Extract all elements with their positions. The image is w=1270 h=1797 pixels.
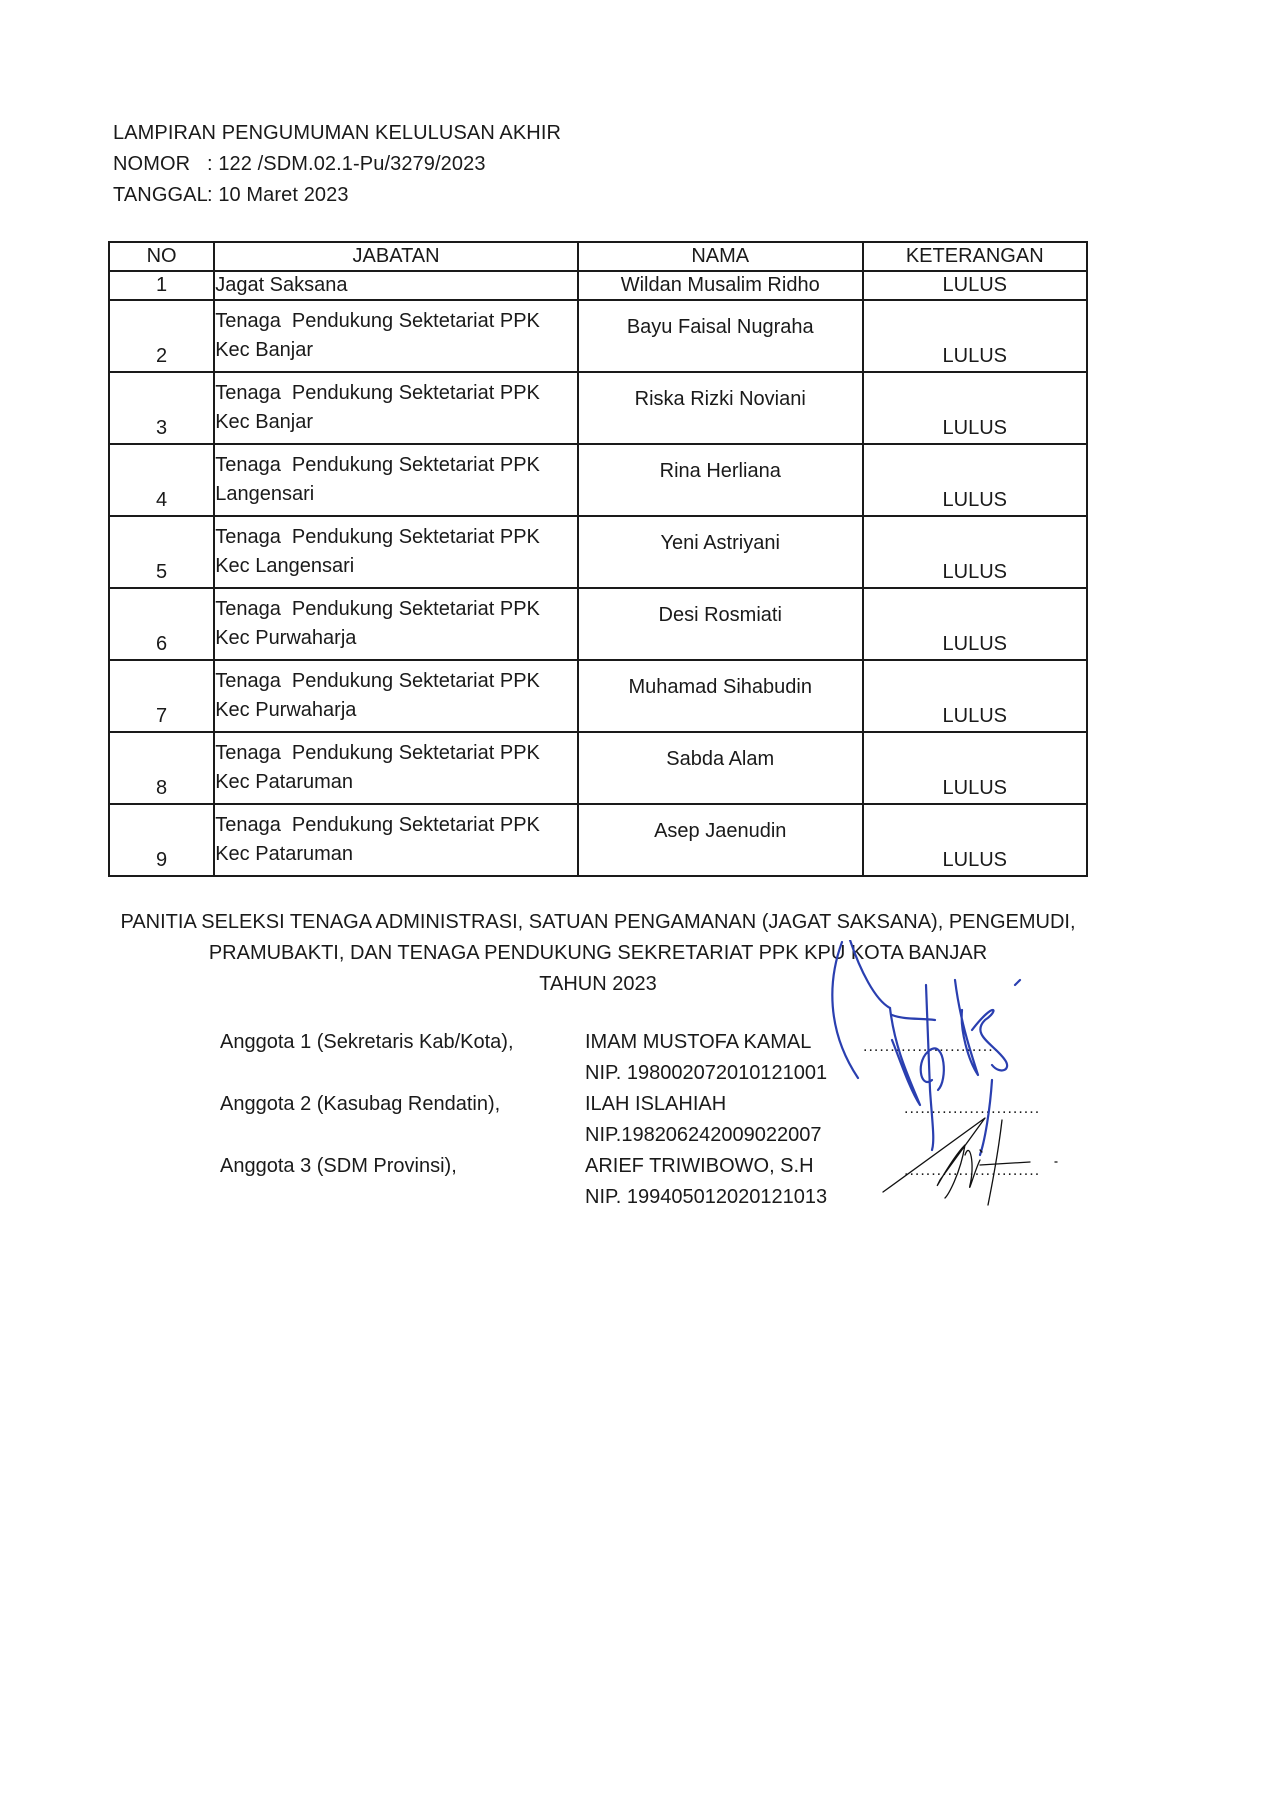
member-nip: NIP. 198002072010121001 — [585, 1058, 827, 1089]
document-header: LAMPIRAN PENGUMUMAN KELULUSAN AKHIR NOMO… — [113, 118, 561, 211]
table-row: 3Tenaga Pendukung Sektetariat PPKKec Ban… — [109, 372, 1087, 444]
member-name: ARIEF TRIWIBOWO, S.H — [585, 1151, 814, 1182]
cell-no: 6 — [109, 588, 214, 660]
committee-line-3: TAHUN 2023 — [108, 969, 1088, 1000]
document-title: LAMPIRAN PENGUMUMAN KELULUSAN AKHIR — [113, 118, 561, 149]
member-role: Anggota 2 (Kasubag Rendatin), — [220, 1089, 500, 1120]
jabatan-line-2: Kec Langensari — [215, 552, 577, 581]
jabatan-line-2: Kec Pataruman — [215, 768, 577, 797]
jabatan-line-2: Kec Purwaharja — [215, 696, 577, 725]
cell-keterangan: LULUS — [863, 444, 1087, 516]
cell-keterangan: LULUS — [863, 372, 1087, 444]
cell-nama: Sabda Alam — [578, 732, 863, 804]
cell-nama: Muhamad Sihabudin — [578, 660, 863, 732]
member-role: Anggota 3 (SDM Provinsi), — [220, 1151, 457, 1182]
cell-no: 2 — [109, 300, 214, 372]
cell-keterangan: LULUS — [863, 588, 1087, 660]
jabatan-line-2: Kec Banjar — [215, 408, 577, 437]
cell-jabatan: Jagat Saksana — [214, 271, 578, 300]
signature-line: ......................... — [904, 1155, 1040, 1186]
jabatan-line-2: Kec Pataruman — [215, 840, 577, 869]
cell-nama: Yeni Astriyani — [578, 516, 863, 588]
jabatan-line-1: Tenaga Pendukung Sektetariat PPK — [215, 451, 577, 480]
cell-no: 8 — [109, 732, 214, 804]
table-row: 4Tenaga Pendukung Sektetariat PPKLangens… — [109, 444, 1087, 516]
table-row: 5Tenaga Pendukung Sektetariat PPKKec Lan… — [109, 516, 1087, 588]
document-page: LAMPIRAN PENGUMUMAN KELULUSAN AKHIR NOMO… — [0, 0, 1270, 1797]
tanggal-label: TANGGAL — [113, 180, 207, 211]
cell-jabatan: Tenaga Pendukung Sektetariat PPKKec Banj… — [214, 372, 578, 444]
cell-no: 9 — [109, 804, 214, 876]
cell-jabatan: Tenaga Pendukung Sektetariat PPKKec Lang… — [214, 516, 578, 588]
jabatan-line-1: Jagat Saksana — [215, 272, 577, 299]
cell-nama: Riska Rizki Noviani — [578, 372, 863, 444]
column-header-jabatan: JABATAN — [214, 242, 578, 271]
signature-line: ......................... — [863, 1031, 999, 1062]
jabatan-line-1: Tenaga Pendukung Sektetariat PPK — [215, 667, 577, 696]
table-row: 8Tenaga Pendukung Sektetariat PPKKec Pat… — [109, 732, 1087, 804]
cell-jabatan: Tenaga Pendukung Sektetariat PPKKec Purw… — [214, 660, 578, 732]
cell-jabatan: Tenaga Pendukung Sektetariat PPKLangensa… — [214, 444, 578, 516]
jabatan-line-1: Tenaga Pendukung Sektetariat PPK — [215, 307, 577, 336]
cell-nama: Bayu Faisal Nugraha — [578, 300, 863, 372]
cell-keterangan: LULUS — [863, 271, 1087, 300]
results-table: NO JABATAN NAMA KETERANGAN 1Jagat Saksan… — [108, 241, 1088, 877]
jabatan-line-1: Tenaga Pendukung Sektetariat PPK — [215, 811, 577, 840]
table-row: 2Tenaga Pendukung Sektetariat PPKKec Ban… — [109, 300, 1087, 372]
cell-keterangan: LULUS — [863, 732, 1087, 804]
jabatan-line-2: Kec Banjar — [215, 336, 577, 365]
cell-no: 4 — [109, 444, 214, 516]
jabatan-line-1: Tenaga Pendukung Sektetariat PPK — [215, 523, 577, 552]
cell-keterangan: LULUS — [863, 660, 1087, 732]
member-name: IMAM MUSTOFA KAMAL — [585, 1027, 811, 1058]
column-header-keterangan: KETERANGAN — [863, 242, 1087, 271]
cell-nama: Rina Herliana — [578, 444, 863, 516]
cell-jabatan: Tenaga Pendukung Sektetariat PPKKec Pata… — [214, 804, 578, 876]
jabatan-line-2: Kec Purwaharja — [215, 624, 577, 653]
cell-keterangan: LULUS — [863, 804, 1087, 876]
cell-jabatan: Tenaga Pendukung Sektetariat PPKKec Pata… — [214, 732, 578, 804]
cell-jabatan: Tenaga Pendukung Sektetariat PPKKec Purw… — [214, 588, 578, 660]
tanggal-line: TANGGAL: 10 Maret 2023 — [113, 180, 561, 211]
nomor-value: : 122 /SDM.02.1-Pu/3279/2023 — [207, 149, 486, 180]
column-header-no: NO — [109, 242, 214, 271]
cell-nama: Asep Jaenudin — [578, 804, 863, 876]
committee-heading: PANITIA SELEKSI TENAGA ADMINISTRASI, SAT… — [108, 907, 1088, 1000]
jabatan-line-2: Langensari — [215, 480, 577, 509]
cell-nama: Wildan Musalim Ridho — [578, 271, 863, 300]
column-header-nama: NAMA — [578, 242, 863, 271]
committee-line-2: PRAMUBAKTI, DAN TENAGA PENDUKUNG SEKRETA… — [108, 938, 1088, 969]
member-nip: NIP. 199405012020121013 — [585, 1182, 827, 1213]
member-nip: NIP.198206242009022007 — [585, 1120, 822, 1151]
jabatan-line-1: Tenaga Pendukung Sektetariat PPK — [215, 595, 577, 624]
cell-no: 7 — [109, 660, 214, 732]
table-row: 6Tenaga Pendukung Sektetariat PPKKec Pur… — [109, 588, 1087, 660]
jabatan-line-1: Tenaga Pendukung Sektetariat PPK — [215, 379, 577, 408]
table-row: 1Jagat SaksanaWildan Musalim RidhoLULUS — [109, 271, 1087, 300]
table-body: 1Jagat SaksanaWildan Musalim RidhoLULUS2… — [109, 271, 1087, 876]
table-row: 9Tenaga Pendukung Sektetariat PPKKec Pat… — [109, 804, 1087, 876]
cell-no: 1 — [109, 271, 214, 300]
committee-line-1: PANITIA SELEKSI TENAGA ADMINISTRASI, SAT… — [108, 907, 1088, 938]
nomor-label: NOMOR — [113, 149, 207, 180]
jabatan-line-1: Tenaga Pendukung Sektetariat PPK — [215, 739, 577, 768]
member-role: Anggota 1 (Sekretaris Kab/Kota), — [220, 1027, 514, 1058]
signature-line: ......................... — [904, 1093, 1040, 1124]
member-name: ILAH ISLAHIAH — [585, 1089, 726, 1120]
cell-keterangan: LULUS — [863, 516, 1087, 588]
nomor-line: NOMOR: 122 /SDM.02.1-Pu/3279/2023 — [113, 149, 561, 180]
cell-keterangan: LULUS — [863, 300, 1087, 372]
cell-no: 5 — [109, 516, 214, 588]
table-row: 7Tenaga Pendukung Sektetariat PPKKec Pur… — [109, 660, 1087, 732]
cell-no: 3 — [109, 372, 214, 444]
cell-nama: Desi Rosmiati — [578, 588, 863, 660]
cell-jabatan: Tenaga Pendukung Sektetariat PPKKec Banj… — [214, 300, 578, 372]
tanggal-value: : 10 Maret 2023 — [207, 180, 349, 211]
table-header-row: NO JABATAN NAMA KETERANGAN — [109, 242, 1087, 271]
